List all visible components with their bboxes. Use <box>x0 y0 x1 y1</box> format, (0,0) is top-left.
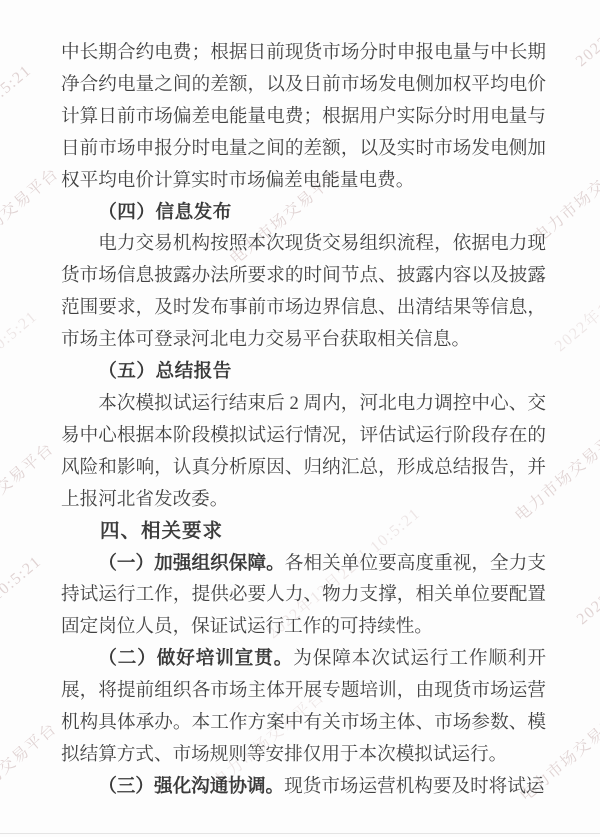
paragraph-requirement-3: （三）强化沟通协调。现货市场运营机构要及时将试运 <box>61 771 546 803</box>
watermark-platform-text: 电力市场交易平台 <box>0 161 63 269</box>
chapter-heading-requirements: 四、相关要求 <box>61 516 546 548</box>
watermark-timestamp-text: 2022年12月22日 10:5:21 <box>0 549 45 691</box>
requirement-body-text: 现货市场运营机构要及时将试运 <box>284 776 544 797</box>
watermark-timestamp-text: 2022年12月22日 10:5:21 <box>570 0 600 71</box>
paragraph-continuation: 中长期合约电费；根据日前现货市场分时申报电量与中长期净合约电量之间的差额，以及日… <box>61 37 546 197</box>
requirement-lead-label: （一）加强组织保障。 <box>98 553 285 574</box>
watermark-timestamp-text: 2022年12月22日 10:5:21 <box>571 487 600 629</box>
scanned-document-page: 2022年12月22日 10:5:21 电力市场交易平台 2022年12月22日… <box>0 0 600 837</box>
watermark-timestamp-text: 2022年12月22日 10:5:21 <box>549 214 600 356</box>
paragraph-requirement-2: （二）做好培训宣贯。为保障本次试运行工作顺利开展，将提前组织各市场主体开展专题培… <box>61 643 546 771</box>
paragraph: 电力交易机构按照本次现货交易组织流程，依据电力现货市场信息披露办法所要求的时间节… <box>61 228 546 356</box>
watermark-timestamp-text: 2022年12月22日 10:5:21 <box>0 304 41 446</box>
watermark-timestamp-text: 2022年12月22日 10:5:21 <box>0 58 35 200</box>
section-heading-info-release: （四）信息发布 <box>61 197 546 229</box>
requirement-lead-label: （二）做好培训宣贯。 <box>98 648 293 669</box>
scan-edge-line <box>0 833 600 834</box>
watermark-platform-text: 电力市场交易平台 <box>0 436 58 544</box>
section-heading-summary-report: （五）总结报告 <box>61 356 546 388</box>
paragraph-requirement-1: （一）加强组织保障。各相关单位要高度重视，全力支持试运行工作，提供必要人力、物力… <box>61 548 546 644</box>
document-text-block: 中长期合约电费；根据日前现货市场分时申报电量与中长期净合约电量之间的差额，以及日… <box>61 37 546 803</box>
watermark-platform-text: 电力市场交易平台 <box>0 716 61 824</box>
requirement-lead-label: （三）强化沟通协调。 <box>98 776 284 797</box>
paragraph: 本次模拟试运行结束后 2 周内，河北电力调控中心、交易中心根据本阶段模拟试运行情… <box>61 388 546 516</box>
